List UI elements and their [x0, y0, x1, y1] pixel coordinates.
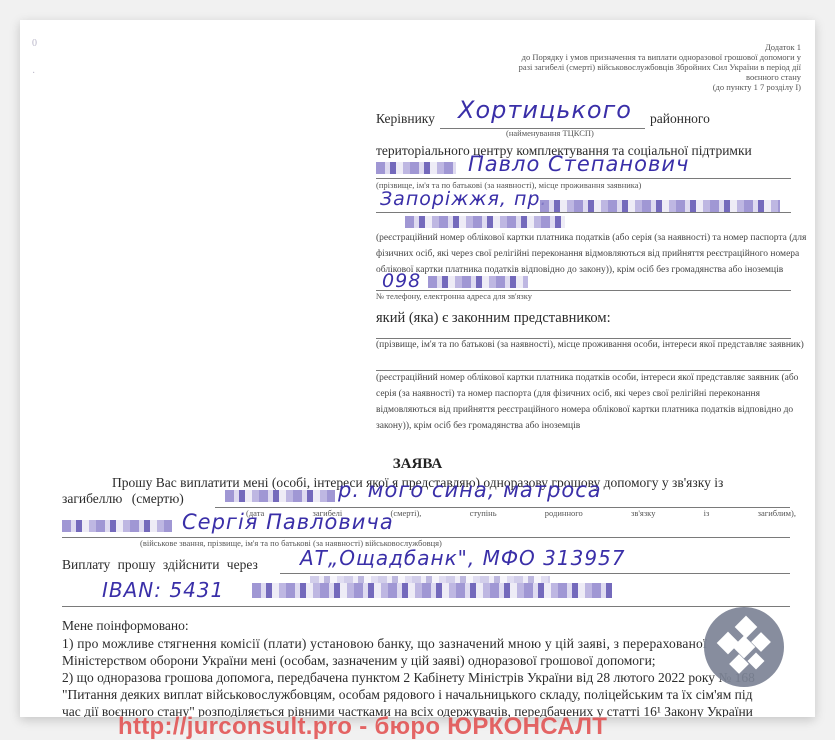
redacted-iban: [252, 583, 612, 598]
handwritten-address: Запоріжжя, пр.: [380, 188, 547, 210]
appendix-note: Додаток 1 до Порядку і умов призначення …: [481, 42, 801, 92]
handwritten-death-relation: р. мого сина, матроса: [338, 478, 602, 502]
document-page: 0 · Додаток 1 до Порядку і умов призначе…: [20, 20, 815, 717]
redacted-caption: [310, 576, 550, 583]
rep-tax-caption-line: відмовляються від прийняття реєстраційно…: [376, 405, 793, 415]
addressee-prefix: Керівнику: [376, 111, 435, 127]
handwritten-phone: 098: [382, 270, 421, 292]
watermark-url: http://jurconsult.pro - бюро ЮРКОНСАЛТ: [118, 713, 607, 740]
tax-caption-line: фізичних осіб, які через свої релігійні …: [376, 249, 799, 259]
caption-word: (смерті),: [390, 508, 421, 518]
statement-line2-prefix: загибеллю (смертю): [62, 491, 184, 507]
caption-word: загиблим),: [758, 508, 796, 518]
addressee-suffix: районного: [650, 111, 710, 127]
tcc-caption: (найменування ТЦКСП): [506, 128, 594, 138]
phone-caption: № телефону, електронна адреса для зв'язк…: [376, 291, 532, 301]
handwritten-bank: АТ„Ощадбанк", МФО 313957: [300, 546, 626, 570]
payment-prefix: Виплату прошу здійснити через: [62, 557, 258, 573]
redacted-surname: [376, 162, 456, 174]
informed-item1-line1: 1) про можливе стягнення комісії (плати)…: [62, 636, 707, 652]
informed-item2-line1: 2) що одноразова грошова допомога, перед…: [62, 670, 755, 686]
redacted-tax-number: [405, 216, 565, 228]
rep-tax-caption-line: (реєстраційний номер облікової картки пл…: [376, 373, 798, 383]
appendix-line: разі загибелі (смерті) військовослужбовц…: [481, 62, 801, 72]
handwritten-tcc-name: Хортицького: [458, 96, 632, 124]
rep-tax-caption-line: закону)), крім осіб без громадянства або…: [376, 421, 580, 431]
handwritten-applicant-name: Павло Степанович: [468, 152, 689, 176]
informed-item1-line2: Міністерством оборони України мені (особ…: [62, 653, 656, 669]
appendix-line: воєнного стану: [481, 72, 801, 82]
redacted-rank-surname: [62, 520, 172, 532]
underline: [376, 338, 791, 339]
margin-mark: ·: [32, 68, 35, 79]
watermark-badge: [704, 607, 784, 687]
underline: [280, 573, 790, 574]
appendix-line: (до пункту 1 7 розділу I): [481, 82, 801, 92]
representative-name-caption: (прізвище, ім'я та по батькові (за наявн…: [376, 340, 804, 350]
caption-word: родинного: [545, 508, 583, 518]
puzzle-pieces-icon: [704, 607, 784, 687]
handwritten-iban: IBAN: 5431: [102, 578, 224, 602]
underline: [376, 370, 791, 371]
informed-item2-line2: "Питання деяких виплат військовослужбовц…: [62, 687, 752, 703]
margin-mark: 0: [32, 38, 37, 49]
underline: [62, 606, 790, 607]
handwritten-soldier-name: Сергія Павловича: [182, 510, 394, 534]
redacted-phone: [428, 276, 528, 288]
rep-tax-caption-line: серія (за наявності) та номер паспорта (…: [376, 389, 760, 399]
appendix-title: Додаток 1: [481, 42, 801, 52]
appendix-line: до Порядку і умов призначення та виплати…: [481, 52, 801, 62]
caption-word: ступінь: [470, 508, 497, 518]
redacted-death-date: [225, 490, 335, 502]
underline: [376, 212, 791, 213]
tax-caption-line: облікової картки платника податків відпо…: [376, 265, 783, 275]
caption-word: із: [704, 508, 710, 518]
caption-word: зв'язку: [631, 508, 655, 518]
tax-caption-line: (реєстраційний номер облікової картки пл…: [376, 233, 806, 243]
representative-heading: який (яка) є законним представником:: [376, 310, 611, 327]
statement-title: ЗАЯВА: [20, 456, 815, 473]
informed-heading: Мене поінформовано:: [62, 618, 189, 634]
redacted-address: [540, 200, 780, 212]
underline: [376, 178, 791, 179]
